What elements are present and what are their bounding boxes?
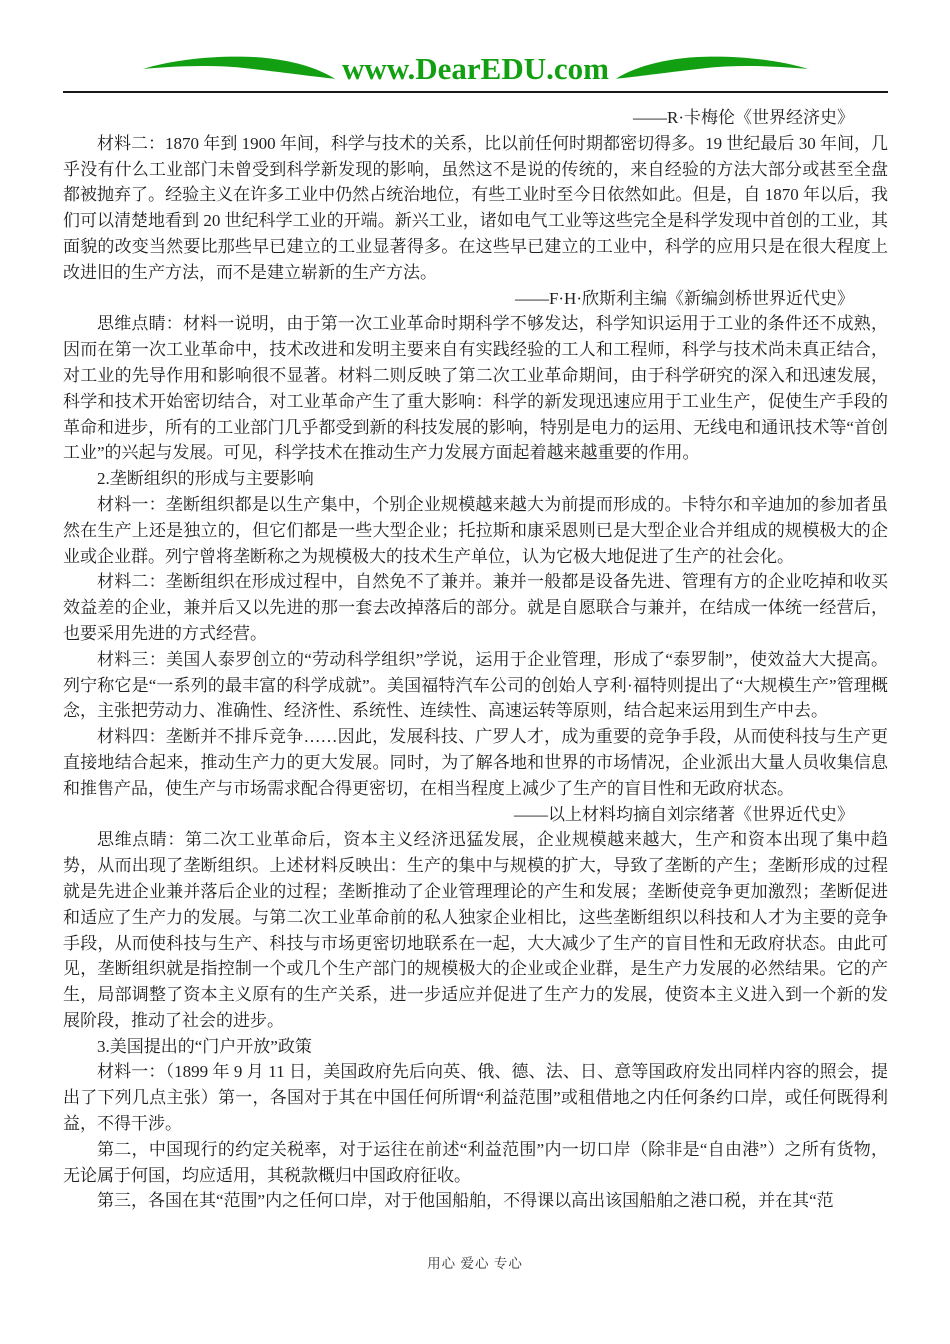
document-body: ——R·卡梅伦《世界经济史》材料二：1870 年到 1900 年间，科学与技术的… xyxy=(63,105,888,1214)
paragraph: 材料一：（1899 年 9 月 11 日，美国政府先后向英、俄、德、法、日、意等… xyxy=(63,1059,888,1136)
paragraph: 第三，各国在其“范围”内之任何口岸，对于他国船舶，不得课以高出该国船舶之港口税，… xyxy=(63,1188,888,1214)
paragraph: 材料三：美国人泰罗创立的“劳动科学组织”学说，运用于企业管理，形成了“泰罗制”，… xyxy=(63,647,888,724)
paragraph: 思维点睛：第二次工业革命后，资本主义经济迅猛发展，企业规模越来越大，生产和资本出… xyxy=(63,827,888,1033)
wave-swoosh-left-icon xyxy=(141,52,337,84)
source-attribution: ——R·卡梅伦《世界经济史》 xyxy=(63,105,888,131)
paragraph: 材料一：垄断组织都是以生产集中，个别企业规模越来越大为前提而形成的。卡特尔和辛迪… xyxy=(63,492,888,569)
page-header: www.DearEDU.com xyxy=(63,0,888,93)
paragraph: 材料四：垄断并不排斥竞争……因此，发展科技、广罗人才，成为重要的竞争手段，从而使… xyxy=(63,724,888,801)
source-attribution: ——F·H·欣斯利主编《新编剑桥世界近代史》 xyxy=(63,286,888,312)
document-page: www.DearEDU.com ——R·卡梅伦《世界经济史》材料二：1870 年… xyxy=(0,0,950,1344)
paragraph: 思维点睛：材料一说明，由于第一次工业革命时期科学不够发达，科学知识运用于工业的条… xyxy=(63,311,888,466)
wave-swoosh-right-icon xyxy=(614,52,810,84)
paragraph: 第二，中国现行的约定关税率，对于运往在前述“利益范围”内一切口岸（除非是“自由港… xyxy=(63,1137,888,1189)
source-attribution: ——以上材料均摘自刘宗绪著《世界近代史》 xyxy=(63,802,888,828)
section-heading: 3.美国提出的“门户开放”政策 xyxy=(63,1034,888,1060)
dearedu-logo: www.DearEDU.com xyxy=(141,52,810,91)
logo-text: www.DearEDU.com xyxy=(337,53,614,90)
paragraph: 材料二：垄断组织在形成过程中，自然免不了兼并。兼并一般都是设备先进、管理有方的企… xyxy=(63,569,888,646)
footer-text: 用心 爱心 专心 xyxy=(0,1252,950,1272)
paragraph: 材料二：1870 年到 1900 年间，科学与技术的关系，比以前任何时期都密切得… xyxy=(63,131,888,286)
section-heading: 2.垄断组织的形成与主要影响 xyxy=(63,466,888,492)
